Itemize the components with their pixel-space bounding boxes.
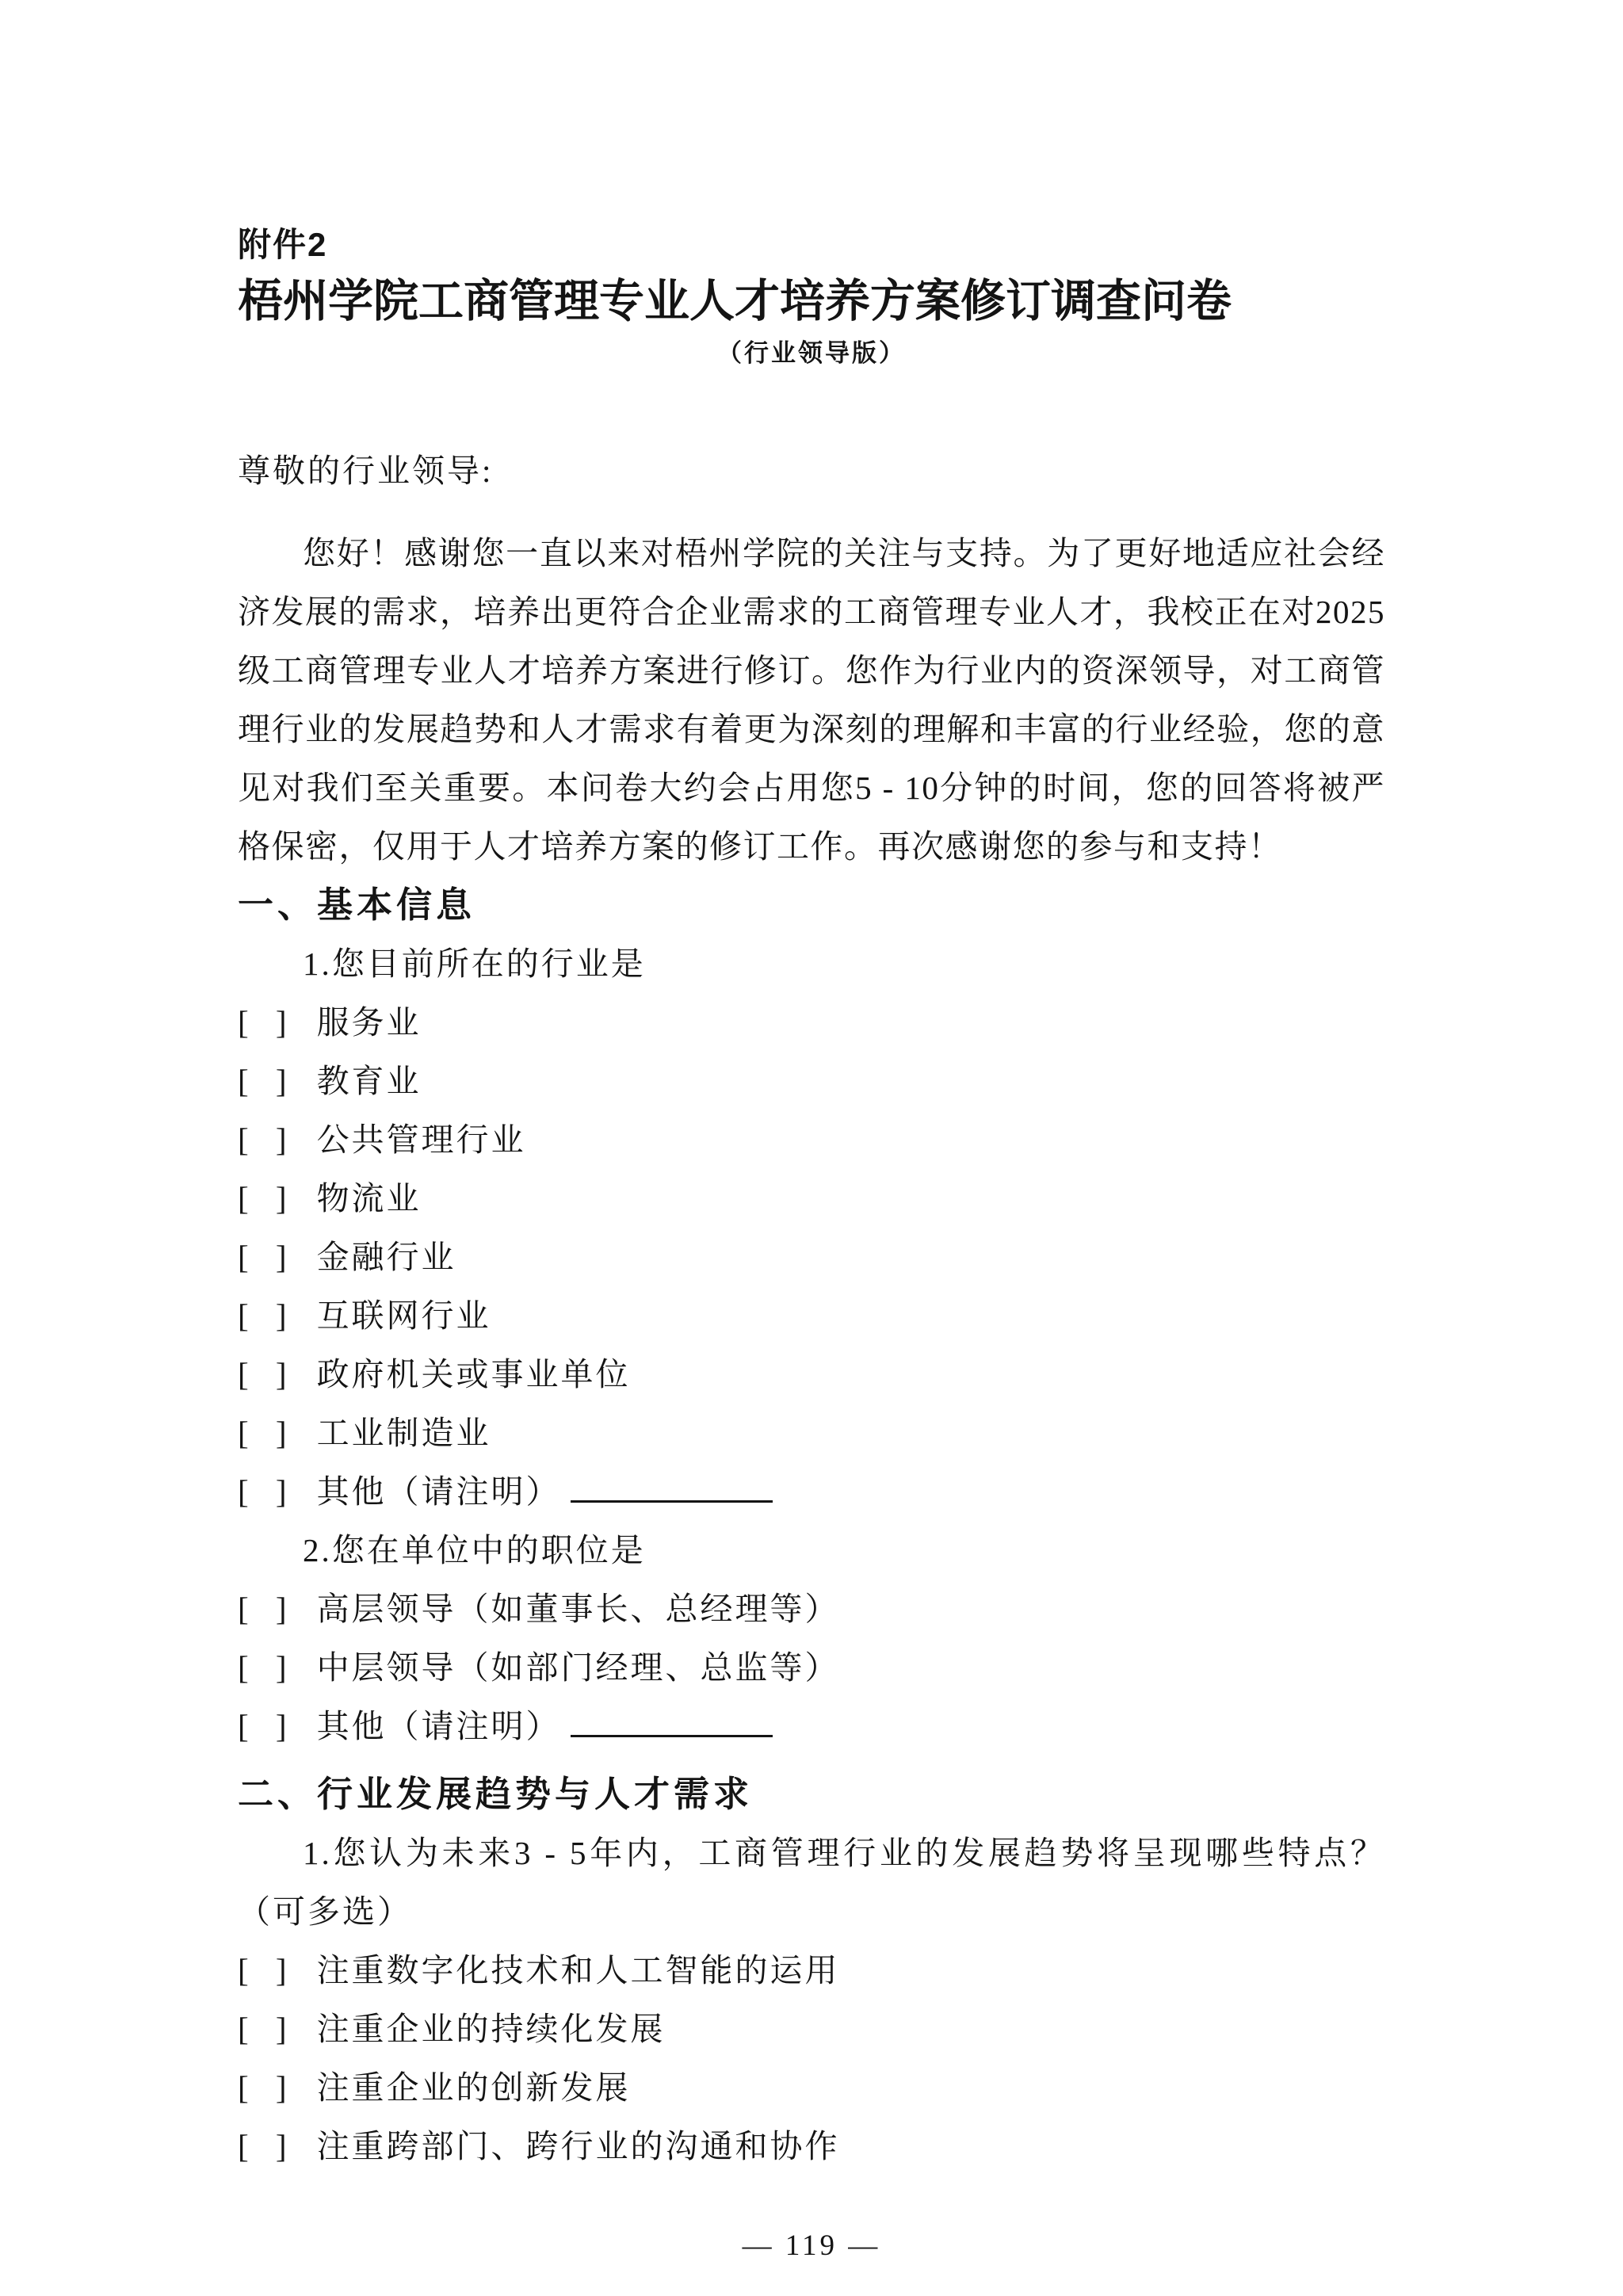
attachment-label: 附件2 xyxy=(238,228,1385,262)
section-basic-info: 一、基本信息 1.您目前所在的行业是 [ ]服务业 [ ]教育业 [ ]公共管理… xyxy=(238,876,1385,1755)
checkbox-option: [ ]工业制造业 xyxy=(238,1404,1385,1462)
checkbox-option: [ ]政府机关或事业单位 xyxy=(238,1345,1385,1404)
checkbox[interactable]: [ ] xyxy=(238,2117,296,2176)
checkbox[interactable]: [ ] xyxy=(238,1110,296,1169)
option-label: 金融行业 xyxy=(317,1239,456,1275)
salutation: 尊敬的行业领导: xyxy=(238,451,1385,491)
option-label: 工业制造业 xyxy=(317,1415,491,1451)
option-label: 注重企业的持续化发展 xyxy=(317,2011,666,2047)
page-number: — 119 — xyxy=(0,2229,1623,2263)
option-label: 注重跨部门、跨行业的沟通和协作 xyxy=(317,2128,840,2164)
intro-paragraph: 您好！感谢您一直以来对梧州学院的关注与支持。为了更好地适应社会经济发展的需求，培… xyxy=(238,524,1385,876)
section-industry-trends: 二、行业发展趋势与人才需求 1.您认为未来3 - 5年内，工商管理行业的发展趋势… xyxy=(238,1765,1385,2176)
checkbox[interactable]: [ ] xyxy=(238,1228,296,1286)
checkbox-option: [ ]服务业 xyxy=(238,993,1385,1052)
option-label: 政府机关或事业单位 xyxy=(317,1356,631,1392)
option-label: 物流业 xyxy=(317,1180,422,1217)
option-label: 注重数字化技术和人工智能的运用 xyxy=(317,1952,840,1988)
option-label: 互联网行业 xyxy=(317,1297,491,1334)
checkbox[interactable]: [ ] xyxy=(238,1941,296,2000)
checkbox-option: [ ]教育业 xyxy=(238,1052,1385,1110)
checkbox-option: [ ]其他（请注明） xyxy=(238,1697,1385,1755)
option-label: 教育业 xyxy=(317,1063,422,1099)
checkbox-option: [ ]注重数字化技术和人工智能的运用 xyxy=(238,1941,1385,2000)
fill-in-blank[interactable] xyxy=(571,1702,773,1737)
checkbox-option: [ ]互联网行业 xyxy=(238,1286,1385,1345)
question-label: 1.您目前所在的行业是 xyxy=(238,934,1385,993)
option-label: 服务业 xyxy=(317,1004,422,1041)
checkbox[interactable]: [ ] xyxy=(238,1169,296,1228)
question-label: 1.您认为未来3 - 5年内，工商管理行业的发展趋势将呈现哪些特点？（可多选） xyxy=(238,1824,1385,1941)
checkbox[interactable]: [ ] xyxy=(238,1462,296,1521)
checkbox[interactable]: [ ] xyxy=(238,1404,296,1462)
checkbox[interactable]: [ ] xyxy=(238,2058,296,2117)
checkbox-option: [ ]注重跨部门、跨行业的沟通和协作 xyxy=(238,2117,1385,2176)
section-heading: 一、基本信息 xyxy=(238,876,1385,934)
option-label: 注重企业的创新发展 xyxy=(317,2069,631,2106)
question-label: 2.您在单位中的职位是 xyxy=(238,1521,1385,1580)
option-label: 高层领导（如董事长、总经理等） xyxy=(317,1591,840,1627)
checkbox-option: [ ]物流业 xyxy=(238,1169,1385,1228)
option-label: 中层领导（如部门经理、总监等） xyxy=(317,1649,840,1686)
checkbox[interactable]: [ ] xyxy=(238,1286,296,1345)
option-label: 其他（请注明） xyxy=(317,1473,561,1510)
checkbox-option: [ ]公共管理行业 xyxy=(238,1110,1385,1169)
checkbox[interactable]: [ ] xyxy=(238,1697,296,1755)
checkbox[interactable]: [ ] xyxy=(238,993,296,1052)
document-page: 附件2 梧州学院工商管理专业人才培养方案修订调查问卷 （行业领导版） 尊敬的行业… xyxy=(0,0,1623,2296)
option-label: 公共管理行业 xyxy=(317,1121,526,1158)
checkbox-option: [ ]注重企业的持续化发展 xyxy=(238,2000,1385,2058)
checkbox-option: [ ]金融行业 xyxy=(238,1228,1385,1286)
option-label: 其他（请注明） xyxy=(317,1708,561,1744)
checkbox[interactable]: [ ] xyxy=(238,1580,296,1638)
section-heading: 二、行业发展趋势与人才需求 xyxy=(238,1765,1385,1824)
checkbox[interactable]: [ ] xyxy=(238,1638,296,1697)
fill-in-blank[interactable] xyxy=(571,1468,773,1503)
checkbox[interactable]: [ ] xyxy=(238,1052,296,1110)
checkbox-option: [ ]高层领导（如董事长、总经理等） xyxy=(238,1580,1385,1638)
document-subtitle: （行业领导版） xyxy=(238,333,1385,369)
checkbox-option: [ ]中层领导（如部门经理、总监等） xyxy=(238,1638,1385,1697)
checkbox[interactable]: [ ] xyxy=(238,2000,296,2058)
document-title: 梧州学院工商管理专业人才培养方案修订调查问卷 xyxy=(238,274,1385,328)
checkbox-option: [ ]注重企业的创新发展 xyxy=(238,2058,1385,2117)
checkbox-option: [ ]其他（请注明） xyxy=(238,1462,1385,1521)
checkbox[interactable]: [ ] xyxy=(238,1345,296,1404)
